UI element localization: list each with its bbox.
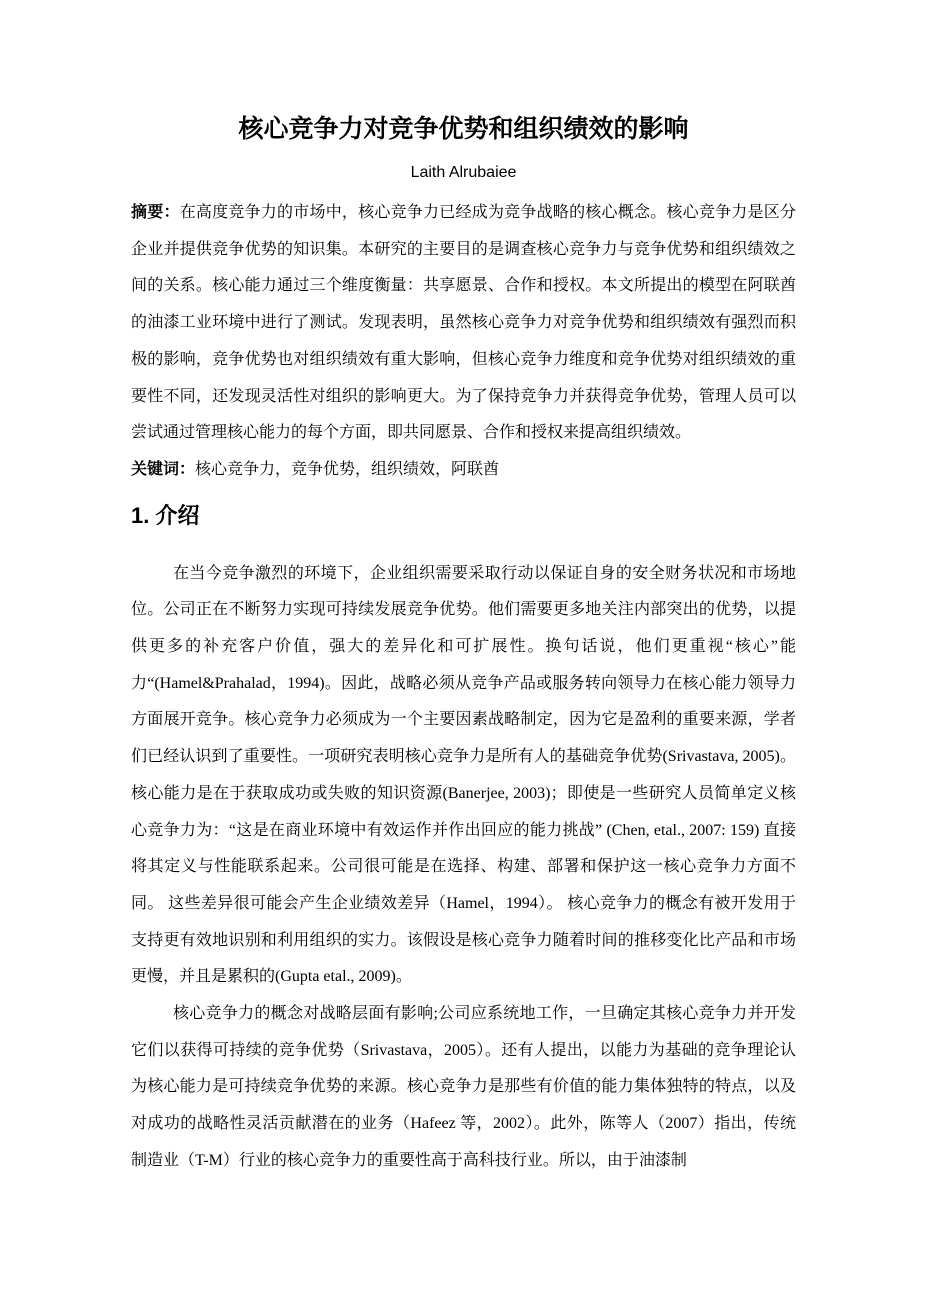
section-heading-introduction: 1. 介绍 xyxy=(131,501,796,531)
intro-paragraph-2: 核心竞争力的概念对战略层面有影响;公司应系统地工作，一旦确定其核心竞争力并开发它… xyxy=(131,996,796,1180)
keywords-label: 关键词： xyxy=(131,461,195,478)
abstract-text: 在高度竞争力的市场中，核心竞争力已经成为竞争战略的核心概念。核心竞争力是区分企业… xyxy=(131,204,796,441)
keywords-text: 核心竞争力，竞争优势，组织绩效，阿联酋 xyxy=(195,461,499,478)
author-name: Laith Alrubaiee xyxy=(131,162,796,184)
abstract-paragraph: 摘要：在高度竞争力的市场中，核心竞争力已经成为竞争战略的核心概念。核心竞争力是区… xyxy=(131,195,796,452)
keywords-line: 关键词：核心竞争力，竞争优势，组织绩效，阿联酋 xyxy=(131,452,796,489)
intro-paragraph-1: 在当今竞争激烈的环境下，企业组织需要采取行动以保证自身的安全财务状况和市场地位。… xyxy=(131,556,796,996)
page-title: 核心竞争力对竞争优势和组织绩效的影响 xyxy=(131,112,796,146)
abstract-label: 摘要： xyxy=(131,204,180,221)
document-page: 核心竞争力对竞争优势和组织绩效的影响 Laith Alrubaiee 摘要：在高… xyxy=(0,0,926,1309)
